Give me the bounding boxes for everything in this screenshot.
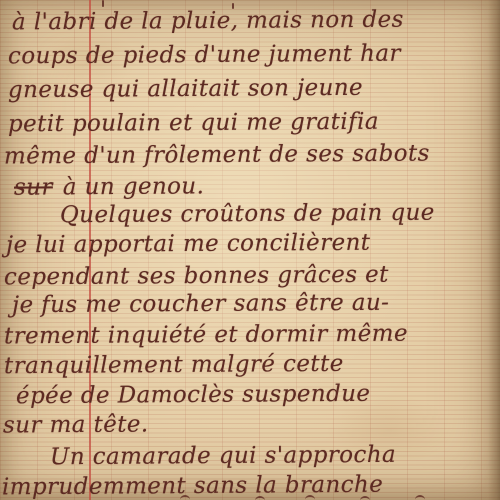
- handwriting-line: à l'abri de la pluie, mais non des: [12, 7, 404, 36]
- line-text: trement inquiété et dormir même: [4, 321, 408, 350]
- struck-word: sur: [14, 174, 53, 200]
- handwriting-line: je fus me coucher sans être au-: [12, 290, 389, 319]
- line-text: même d'un frôlement de ses sabots: [4, 141, 430, 170]
- line-text: je lui apportai me concilièrent: [6, 230, 371, 259]
- handwriting-line: trement inquiété et dormir même: [4, 321, 408, 350]
- handwriting-line: petit poulain et qui me gratifia: [8, 109, 379, 138]
- line-text: petit poulain et qui me gratifia: [8, 109, 379, 138]
- handwriting-line: je lui apportai me concilièrent: [6, 230, 371, 259]
- line-text: épée de Damoclès suspendue: [16, 381, 371, 409]
- line-text: à un genou.: [63, 173, 205, 200]
- line-text: cependant ses bonnes grâces et: [4, 262, 389, 291]
- handwriting-line: gneuse qui allaitait son jeune: [8, 75, 363, 103]
- line-text: sur ma tête.: [3, 411, 149, 438]
- page-edge-shadow: [488, 0, 500, 500]
- handwriting-line: coups de pieds d'une jument har: [8, 41, 401, 70]
- handwriting-line: sur ma tête.: [3, 411, 149, 438]
- line-text: imprudemment sans la branche: [2, 472, 383, 500]
- handwriting-line: tranquillement malgré cette: [4, 351, 344, 379]
- handwriting-line: Un camarade qui s'approcha: [50, 442, 396, 470]
- line-text: je fus me coucher sans être au-: [12, 290, 389, 319]
- line-text: Un camarade qui s'approcha: [50, 442, 396, 470]
- line-text: gneuse qui allaitait son jeune: [8, 75, 363, 103]
- handwriting-line: surà un genou.: [14, 173, 204, 200]
- handwriting-line: imprudemment sans la branche: [2, 472, 383, 500]
- line-text: tranquillement malgré cette: [4, 351, 344, 379]
- line-text: coups de pieds d'une jument har: [8, 41, 401, 70]
- line-text: à l'abri de la pluie, mais non des: [12, 7, 404, 36]
- ink-mark: [102, 0, 104, 7]
- handwriting-line: épée de Damoclès suspendue: [16, 381, 371, 409]
- line-text: Quelques croûtons de pain que: [60, 200, 435, 229]
- handwriting-line: cependant ses bonnes grâces et: [4, 262, 389, 291]
- handwriting-line: même d'un frôlement de ses sabots: [4, 141, 430, 170]
- handwriting-line: Quelques croûtons de pain que: [60, 200, 435, 229]
- manuscript-photo: à l'abri de la pluie, mais non des coups…: [0, 0, 500, 500]
